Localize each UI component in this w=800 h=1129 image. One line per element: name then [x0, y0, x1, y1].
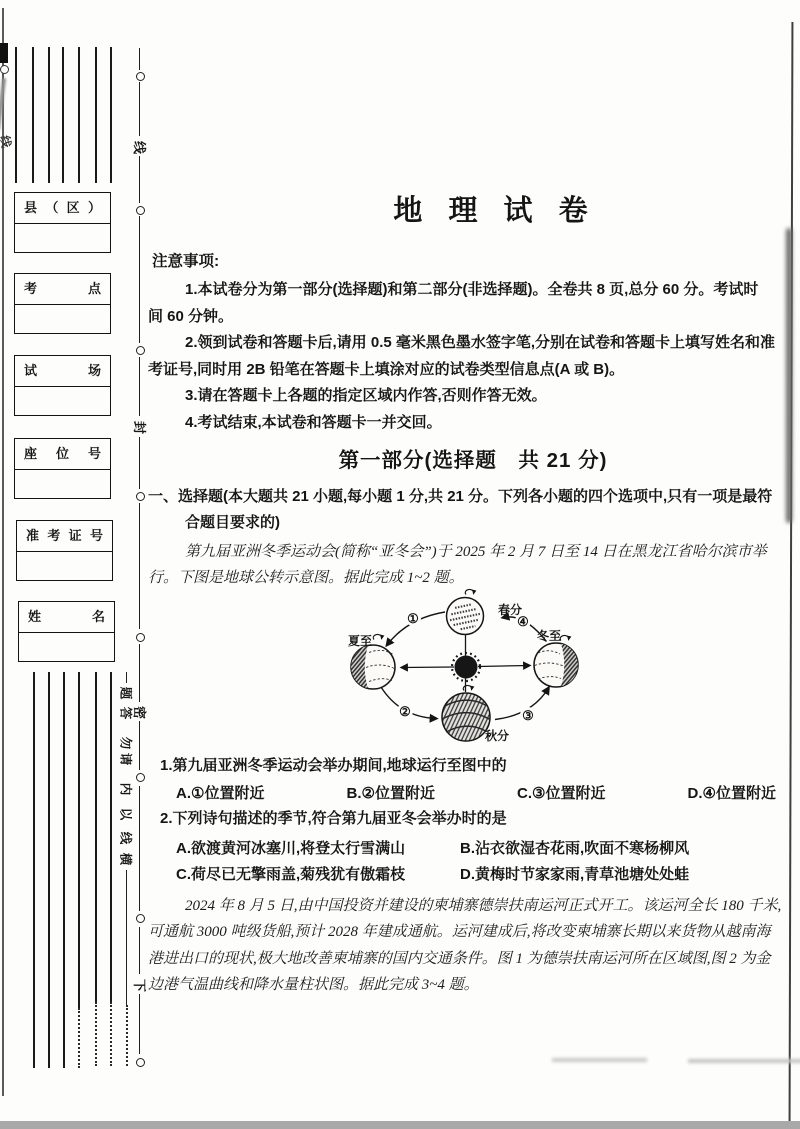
bottom-smudge — [688, 1059, 800, 1063]
left-edge-circle — [0, 65, 9, 74]
seal-char: 密 — [131, 703, 150, 722]
exam-paper-scan: 线 县 （ 区 ） 考 点 试 场 座 位 号 准 考 证 号 姓 名 — [0, 0, 800, 1129]
passage-line: 2024 年 8 月 5 日,由中国投资并建设的柬埔寨德崇扶南运河正式开工。该运… — [148, 893, 796, 919]
bottom-page-edge-strip — [0, 1121, 800, 1129]
sun-icon — [452, 653, 480, 681]
q1-option-d: D.④位置附近 — [688, 782, 776, 803]
orbit-position-2: ② — [399, 704, 411, 719]
q1-option-a: A.①位置附近 — [176, 782, 264, 803]
earth-rotation-arrow-icon — [465, 589, 473, 594]
passage-funan-techo-canal: 2024 年 8 月 5 日,由中国投资并建设的柬埔寨德崇扶南运河正式开工。该运… — [148, 893, 796, 999]
county-district-field: 县 （ 区 ） — [14, 192, 111, 253]
earth-autumn-equinox — [442, 685, 490, 741]
passage-line: 边港气温曲线和降水量柱状图。据此完成 3~4 题。 — [148, 972, 796, 998]
exam-room-input-box — [15, 387, 110, 414]
notice-list: 1.本试卷分为第一部分(选择题)和第二部分(非选择题)。全卷共 8 页,总分 6… — [148, 277, 796, 437]
seat-number-field: 座 位 号 — [14, 438, 111, 499]
seat-number-label: 座 位 号 — [15, 439, 110, 470]
notice-line: 1.本试卷分为第一部分(选择题)和第二部分(非选择题)。全卷共 8 页,总分 6… — [148, 277, 796, 304]
notice-heading: 注意事项: — [152, 249, 219, 271]
orbit-position-3: ③ — [522, 708, 534, 723]
earth-winter-solstice — [534, 635, 578, 687]
exam-room-label: 试 场 — [15, 356, 110, 387]
notice-line: 2.领到试卷和答题卡后,请用 0.5 毫米黑色墨水签字笔,分别在试卷和答题卡上填… — [148, 330, 796, 357]
name-label: 姓 名 — [19, 602, 114, 633]
paper-title: 地 理 试 卷 — [150, 188, 800, 229]
q2-option-a: A.欲渡黄河冰塞川,将登太行雪满山 — [176, 837, 405, 858]
question-1-text: 1.第九届亚洲冬季运动会举办期间,地球运行至图中的 — [160, 756, 507, 776]
seal-char: 以 — [118, 805, 136, 824]
admission-ticket-number-label: 准 考 证 号 — [17, 521, 112, 552]
passage-line: 可通航 3000 吨级货船,预计 2028 年建成通航。运河建成后,将改变柬埔寨… — [148, 919, 796, 945]
notice-line: 考证号,同时用 2B 铅笔在答题卡上填涂对应的试卷类型信息点(A 或 B)。 — [148, 357, 796, 384]
earth-revolution-diagram: 春分 夏至 冬至 秋分 ① ② ③ ④ — [318, 577, 618, 749]
bottom-smudge — [552, 1058, 647, 1062]
label-summer-solstice: 夏至 — [348, 633, 372, 648]
county-district-input-box — [15, 224, 110, 251]
county-district-label: 县 （ 区 ） — [15, 193, 110, 224]
seal-char: 题 — [118, 684, 136, 703]
seal-char: 线 — [131, 138, 150, 157]
exam-site-label: 考 点 — [15, 274, 110, 305]
label-autumn-equinox: 秋分 — [484, 728, 509, 743]
orbit-position-4: ④ — [517, 614, 529, 629]
passage-line: 港进出口的现状,极大地改善柬埔寨的国内交通条件。图 1 为德崇扶南运河所在区域图… — [148, 946, 796, 972]
section-one-intro: 一、选择题(本大题共 21 小题,每小题 1 分,共 21 分。下列各小题的四个… — [148, 484, 796, 536]
seat-number-input-box — [15, 470, 110, 497]
question-1-options: A.①位置附近 B.②位置附近 C.③位置附近 D.④位置附近 — [176, 782, 776, 803]
earth-rotation-arrow-icon — [463, 685, 471, 690]
left-edge-black-mark — [0, 43, 8, 63]
q2-option-c: C.荷尽已无擎雨盖,菊残犹有傲霜枝 — [176, 863, 405, 884]
intro-line: 一、选择题(本大题共 21 小题,每小题 1 分,共 21 分。下列各小题的四个… — [148, 484, 796, 510]
earth-spring-equinox — [447, 589, 484, 634]
admission-ticket-number-input-box — [17, 552, 112, 579]
seal-char: 横 — [118, 850, 136, 869]
earth-rotation-arrow-icon — [373, 634, 381, 639]
seal-char: 请 — [118, 750, 136, 769]
exam-room-field: 试 场 — [14, 355, 111, 416]
left-page-edge-line — [2, 8, 4, 1096]
label-winter-solstice: 冬至 — [537, 628, 561, 643]
seal-char: 内 — [118, 780, 136, 799]
q2-option-d: D.黄梅时节家家雨,青草池塘处处蛙 — [460, 863, 689, 884]
exam-site-input-box — [15, 305, 110, 332]
exam-site-field: 考 点 — [14, 273, 111, 334]
left-edge-partial-seal-char: 线 — [0, 134, 15, 149]
notice-line: 间 60 分钟。 — [148, 304, 796, 331]
admission-ticket-number-field: 准 考 证 号 — [16, 520, 113, 581]
seal-char: 线 — [118, 829, 136, 848]
name-input-box — [19, 633, 114, 660]
question-2-text: 2.下列诗句描述的季节,符合第九届亚冬会举办时的是 — [160, 809, 507, 829]
notice-line: 4.考试结束,本试卷和答题卡一并交回。 — [148, 410, 796, 437]
q1-option-c: C.③位置附近 — [517, 782, 605, 803]
earth-rotation-arrow-icon — [560, 635, 568, 640]
section-one-heading: 第一部分(选择题 共 21 分) — [148, 443, 798, 473]
q2-option-b: B.沾衣欲湿杏花雨,吹面不寒杨柳风 — [460, 837, 689, 858]
q1-option-b: B.②位置附近 — [347, 782, 435, 803]
intro-line: 合题目要求的) — [148, 510, 796, 536]
orbit-position-1: ① — [407, 611, 419, 626]
name-field: 姓 名 — [18, 601, 115, 662]
notice-line: 3.请在答题卡上各题的指定区域内作答,否则作答无效。 — [148, 383, 796, 410]
passage-line: 第九届亚洲冬季运动会(简称“亚冬会”)于 2025 年 2 月 7 日至 14 … — [148, 539, 796, 565]
